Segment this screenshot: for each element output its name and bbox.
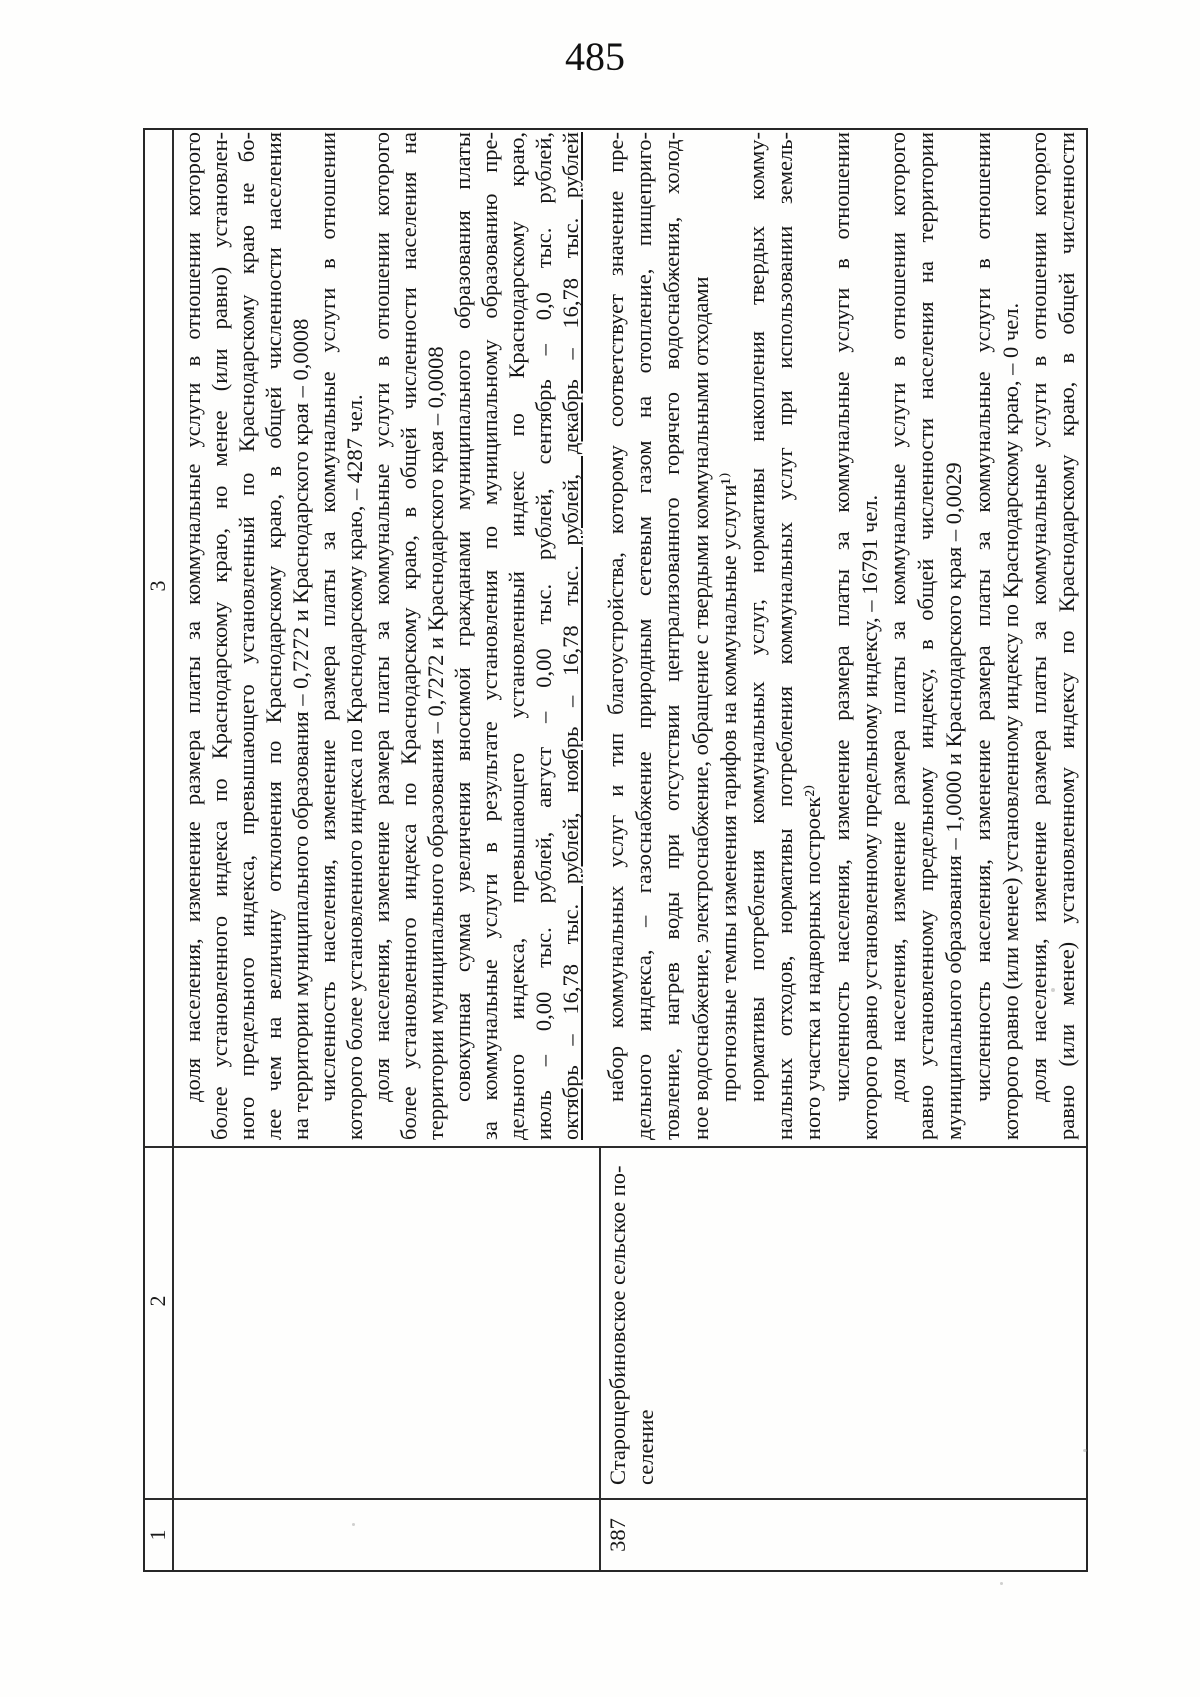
row-number-cell: 387 <box>604 1500 631 1570</box>
text-line: доля населения, изменение размера платы … <box>179 132 206 1140</box>
text-line: совокупная сумма увеличения вносимой гра… <box>449 132 476 1140</box>
scan-speck <box>1000 1582 1003 1585</box>
text-line: муниципального образования – 1,0000 и Кр… <box>940 132 968 1140</box>
text-line: более установленного индекса по Краснода… <box>206 132 233 1140</box>
text-line: за коммунальные услуги в результате уста… <box>476 132 503 1140</box>
rotated-table: 1 2 3 387 Старощербиновское сельское по-… <box>143 128 1088 1572</box>
municipality-cell: Старощербиновское сельское по-селение <box>604 1149 659 1485</box>
text-line: товление, нагрев воды при отсутствии цен… <box>658 132 686 1140</box>
header-cell-2: 2 <box>145 1148 172 1498</box>
text-line: ного участка и надворных построек²⁾ <box>799 132 827 1140</box>
text-line: дельного индекса, – газоснабжение природ… <box>630 132 658 1140</box>
text-line: более установленного индекса по Краснода… <box>395 132 422 1140</box>
table-border-col2-col3 <box>145 1146 1086 1148</box>
municipality-line: селение <box>632 1149 660 1485</box>
text-line: территории муниципального образования – … <box>422 132 449 1140</box>
text-line: на территории муниципального образования… <box>287 132 314 1140</box>
scan-speck <box>1051 988 1055 992</box>
text-line: которого более установленного индекса по… <box>341 132 368 1140</box>
text-line: численность населения, изменение размера… <box>314 132 341 1140</box>
page-number: 485 <box>0 33 1190 80</box>
text-line: набор коммунальных услуг и тип благоустр… <box>602 132 630 1140</box>
justification-cell-row387: набор коммунальных услуг и тип благоустр… <box>602 132 1081 1140</box>
text-line: численность населения, изменение размера… <box>969 132 997 1140</box>
text-line: равно (или менее) установленному индексу… <box>1053 132 1081 1140</box>
header-cell-1: 1 <box>145 1500 172 1570</box>
text-line: ного предельного индекса, превышающего у… <box>233 132 260 1140</box>
text-line: прогнозные темпы изменения тарифов на ко… <box>715 132 743 1140</box>
text-line: которого равно установленному предельном… <box>856 132 884 1140</box>
justification-cell-continued: доля населения, изменение размера платы … <box>179 132 584 1140</box>
scan-speck <box>1046 163 1050 166</box>
municipality-line: Старощербиновское сельское по- <box>604 1149 632 1485</box>
text-line: нормативы потребления коммунальных услуг… <box>743 132 771 1140</box>
text-line: численность населения, изменение размера… <box>828 132 856 1140</box>
scan-speck <box>1083 1449 1087 1452</box>
text-line: доля населения, изменение размера платы … <box>884 132 912 1140</box>
text-line: которого равно (или менее) установленном… <box>997 132 1025 1140</box>
table-border-header-bottom <box>172 130 174 1570</box>
table-border-row-divider <box>599 1146 601 1570</box>
text-line: равно установленному предельному индексу… <box>912 132 940 1140</box>
text-line: доля населения, изменение размера платы … <box>1025 132 1053 1140</box>
text-line: дельного индекса, превышающего установле… <box>503 132 530 1140</box>
text-line: доля населения, изменение размера платы … <box>368 132 395 1140</box>
header-cell-3: 3 <box>145 130 172 1146</box>
scan-speck <box>352 1523 355 1526</box>
text-line: нальных отходов, нормативы потребления к… <box>771 132 799 1140</box>
text-line: ное водоснабжение, электроснабжение, обр… <box>687 132 715 1140</box>
text-line: июль – 0,00 тыс. рублей, август – 0,00 т… <box>530 132 557 1140</box>
text-line: октябрь – 16,78 тыс. рублей, ноябрь – 16… <box>557 132 584 1140</box>
text-line: лее чем на величину отклонения по Красно… <box>260 132 287 1140</box>
